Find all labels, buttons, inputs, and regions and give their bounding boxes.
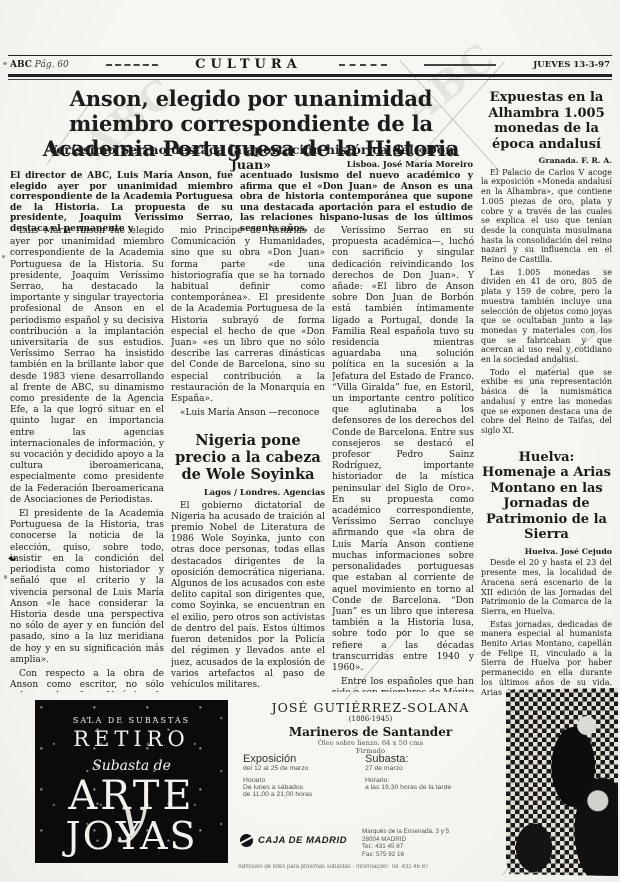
artwork-photo <box>506 688 618 876</box>
huelva-byline: Huelva. José Cejudo <box>481 547 612 557</box>
address-line: Marqués de la Ensenada, 3 y 5 <box>362 828 492 836</box>
sidebar-column: Expuestas en la Alhambra 1.005 monedas d… <box>481 90 612 695</box>
ad-fine-print: Admisión de lotes para próximas subastas… <box>238 864 506 870</box>
newspaper-page: ABC ABC ABC Pág. 60 CULTURA JUEVES 13-3-… <box>0 0 620 882</box>
ad-tagline: Subasta de <box>35 758 228 774</box>
artwork-details: Óleo sobre lienzo. 64 x 50 cms <box>238 739 503 747</box>
expo-hours-line2: de 11,00 a 21,00 horas <box>243 791 355 798</box>
paragraph: «Luis María Anson —reconoce <box>171 408 325 419</box>
huelva-article: Huelva: Homenaje a Arias Montano en las … <box>481 450 612 695</box>
main-byline: Lisboa. José María Moreiro <box>240 159 473 169</box>
header-dashes <box>339 64 387 66</box>
auction-ad-panel: SALA DE SUBASTAS RETIRO Subasta de ARTE … <box>35 700 228 863</box>
ad-address-block: Marqués de la Ensenada, 3 y 5 28004 MADR… <box>362 828 492 858</box>
sponsor-name: CAJA DE MADRID <box>258 835 347 846</box>
paragraph: mio Príncipe de Asturias de Comunicación… <box>171 226 325 405</box>
ad-sponsor: CAJA DE MADRID <box>240 834 347 847</box>
artist-name: JOSÉ GUTIÉRREZ-SOLANA <box>238 700 503 715</box>
paragraph: El gobierno dictatorial de Nigeria ha ac… <box>171 501 325 691</box>
address-line: Tel.: 431 45 87 <box>362 843 492 851</box>
margin-speck <box>3 62 7 65</box>
expo-hours-line1: De lunes a sábados <box>243 784 355 791</box>
paper-and-page: ABC Pág. 60 <box>10 60 69 70</box>
paper-name: ABC <box>10 60 32 70</box>
artwork-title: Marineros de Santander <box>238 725 503 739</box>
ad-artist-block: JOSÉ GUTIÉRREZ-SOLANA (1886-1945) Marine… <box>238 700 503 755</box>
auction-date: 27 de marzo <box>365 765 495 772</box>
issue-date: JUEVES 13-3-97 <box>533 60 610 70</box>
paragraph: Las 1.005 monedas se dividen en 41 de or… <box>481 268 612 365</box>
artist-years: (1886-1945) <box>238 715 503 723</box>
caja-de-madrid-logo-icon <box>240 834 253 847</box>
paragraph: Estas jornadas, dedicadas de manera espe… <box>481 620 612 695</box>
address-line: Fax: 575 92 16 <box>362 851 492 859</box>
auction-hours-label: Horario: <box>365 777 495 784</box>
nigeria-byline: Lagos / Londres. Agencias <box>171 487 325 498</box>
expo-hours-label: Horario <box>243 777 355 784</box>
paragraph: El presidente de la Academia Portuguesa … <box>10 509 164 666</box>
paragraph: Entre los españoles que han sido o son m… <box>332 677 474 692</box>
alhambra-headline: Expuestas en la Alhambra 1.005 monedas d… <box>481 90 612 152</box>
ad-expo-info: Exposición del 12 al 25 de marzo Horario… <box>243 753 355 798</box>
ad-house-label: SALA DE SUBASTAS <box>35 716 228 725</box>
nigeria-headline: Nigeria pone precio a la cabeza de Wole … <box>171 432 325 483</box>
ad-brand: RETIRO <box>35 727 228 751</box>
article-column-3: Veríssimo Serrao en su propuesta académi… <box>332 226 474 692</box>
paragraph: Desde el 20 y hasta el 23 del presente m… <box>481 558 612 616</box>
auction-label: Subasta: <box>365 753 495 765</box>
article-column-2: mio Príncipe de Asturias de Comunicación… <box>171 226 325 692</box>
header-top-rule <box>8 55 612 56</box>
header-thin-rule <box>8 79 612 80</box>
expo-dates: del 12 al 25 de marzo <box>243 765 355 772</box>
huelva-headline: Huelva: Homenaje a Arias Montano en las … <box>481 450 612 543</box>
header-thick-rule <box>8 74 612 77</box>
header-dashes <box>424 64 496 66</box>
address-line: 28004 MADRID <box>362 836 492 844</box>
alhambra-byline: Granada. F. R. A. <box>481 156 612 166</box>
paragraph: Veríssimo Serrao en su propuesta académi… <box>332 226 474 674</box>
section-title: CULTURA <box>195 57 302 72</box>
ad-auction-info: Subasta: 27 de marzo Horario: a las 19,3… <box>365 753 495 791</box>
alhambra-article: Expuestas en la Alhambra 1.005 monedas d… <box>481 90 612 436</box>
paragraph: El Palacio de Carlos V acoge la exposici… <box>481 168 612 265</box>
paragraph: Luis María Anson fue elegido ayer por un… <box>10 226 164 506</box>
auction-hours: a las 19,30 horas de la tarde <box>365 784 495 791</box>
paragraph: Con respecto a la obra de Anson como esc… <box>10 669 164 692</box>
expo-label: Exposición <box>243 753 355 765</box>
paragraph: Todo el material que se exhibe es una re… <box>481 368 612 436</box>
page-number: Pág. 60 <box>35 60 69 70</box>
ad-word-joyas: JOYAS <box>35 816 228 856</box>
margin-speck <box>2 255 5 258</box>
margin-speck <box>4 575 7 579</box>
page-header: ABC Pág. 60 CULTURA JUEVES 13-3-97 <box>10 57 610 72</box>
nigeria-article: Nigeria pone precio a la cabeza de Wole … <box>171 432 325 692</box>
header-dashes <box>106 64 158 66</box>
article-column-1: Luis María Anson fue elegido ayer por un… <box>10 226 164 692</box>
